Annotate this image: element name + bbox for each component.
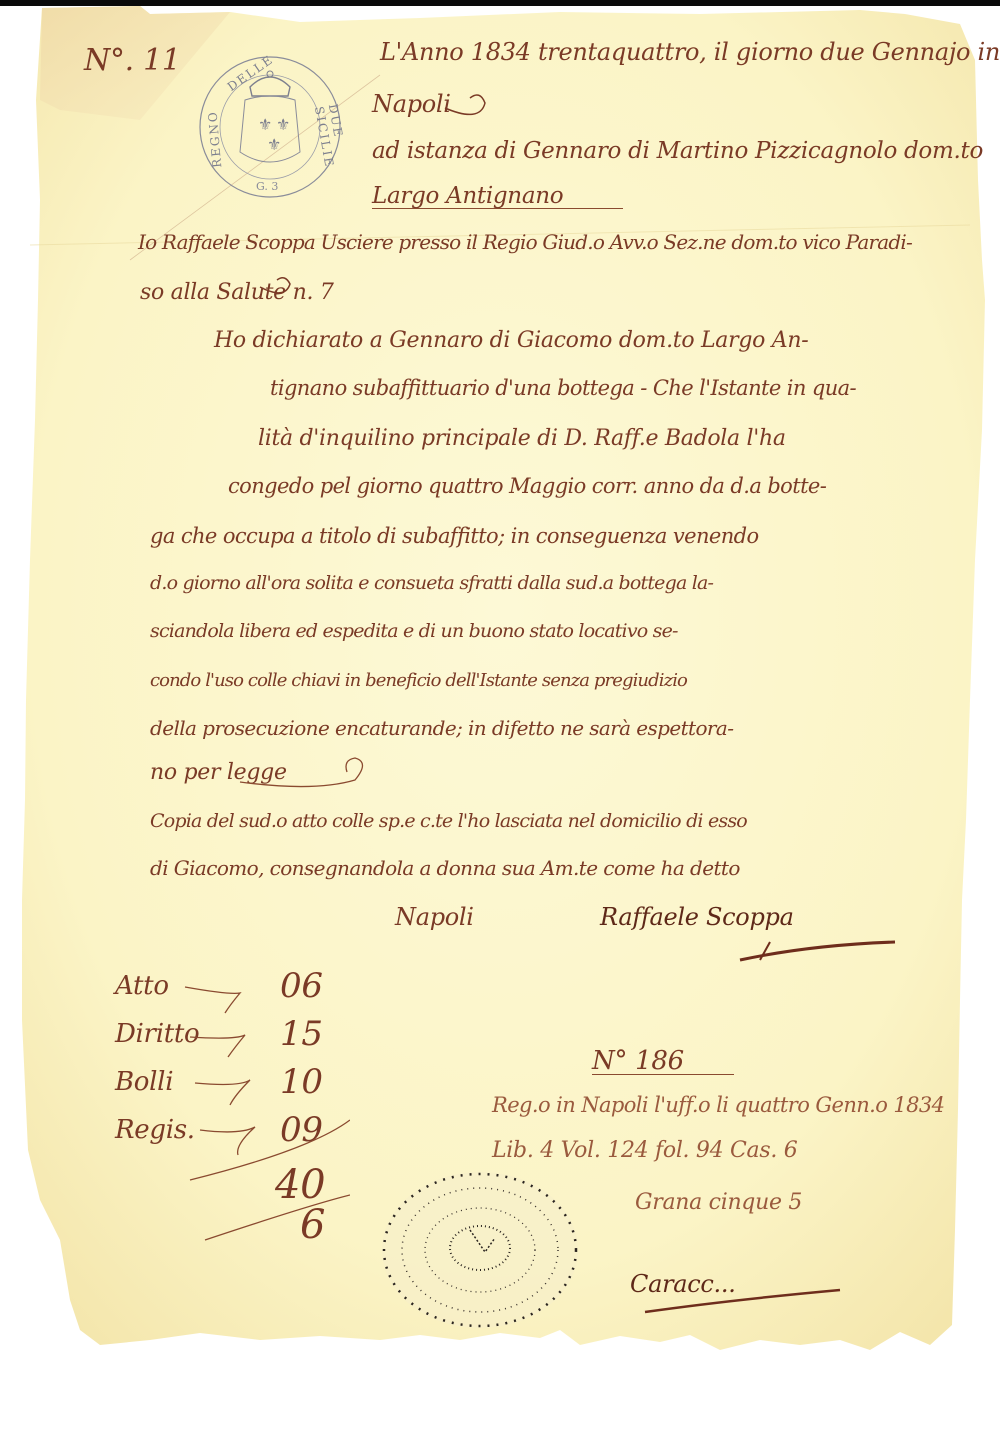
registration-number: N° 186 <box>592 1048 734 1075</box>
body-line-10: congedo pel giorno quattro Maggio corr. … <box>228 476 826 497</box>
body-line-8: tignano subaffittuario d'una bottega - C… <box>270 378 856 399</box>
body-line-14: condo l'uso colle chiavi in beneficio de… <box>150 672 687 690</box>
body-line-4: Largo Antignano <box>372 185 623 209</box>
body-line-18: di Giacomo, consegnandola a donna sua Am… <box>150 858 740 878</box>
body-line-12: d.o giorno all'ora solita e consueta sfr… <box>150 574 713 593</box>
ink-seal-bottom <box>375 1160 585 1340</box>
registration-line-1: Reg.o in Napoli l'uff.o li quattro Genn.… <box>492 1095 944 1116</box>
body-line-3: ad istanza di Gennaro di Martino Pizzica… <box>372 140 983 163</box>
body-line-17: Copia del sud.o atto colle sp.e c.te l'h… <box>150 812 747 831</box>
flourish-salute <box>255 272 305 302</box>
svg-text:⚜: ⚜ <box>267 135 281 154</box>
body-line-9: lità d'inquilino principale di D. Raff.e… <box>258 428 786 450</box>
svg-text:⚜: ⚜ <box>258 115 272 134</box>
revenue-stamp-top: ⚜ ⚜ ⚜ DELLE REGNO DUE SICILIE G. 3 <box>190 52 350 202</box>
svg-text:⚜: ⚜ <box>276 115 290 134</box>
signature-place: Napoli <box>395 905 474 929</box>
registrar-flourish <box>640 1282 850 1322</box>
flourish-napoli <box>440 88 500 128</box>
registration-line-2: Lib. 4 Vol. 124 fol. 94 Cas. 6 <box>492 1140 797 1162</box>
folio-number: N°. 11 <box>84 46 181 76</box>
body-line-1: L'Anno 1834 trentaquattro, il giorno due… <box>380 40 1000 64</box>
body-line-7: Ho dichiarato a Gennaro di Giacomo dom.t… <box>214 330 808 352</box>
body-line-13: sciandola libera ed espedita e di un buo… <box>150 622 678 641</box>
signature-flourish <box>700 930 900 970</box>
flourish-legge <box>235 752 395 802</box>
stamp-denomination: G. 3 <box>256 180 278 193</box>
body-line-5: Io Raffaele Scoppa Usciere presso il Reg… <box>138 232 912 252</box>
fee-tally: Atto 06 Diritto 15 Bolli 10 Regis. 09 40… <box>110 965 350 1245</box>
fee-total-suffix: 6 <box>300 1205 325 1245</box>
usher-signature: Raffaele Scoppa <box>600 905 794 929</box>
body-line-15: della prosecuzione encaturande; in difet… <box>150 718 733 738</box>
fee-total: 40 <box>275 1165 325 1205</box>
document-paper: N°. 11 ⚜ ⚜ ⚜ DELLE REGNO DUE SICILIE G. … <box>0 0 1000 1440</box>
body-line-11: ga che occupa a titolo di subaffitto; in… <box>150 526 759 547</box>
body-line-2: Napoli <box>372 92 451 116</box>
registration-line-3: Grana cinque 5 <box>635 1192 802 1214</box>
